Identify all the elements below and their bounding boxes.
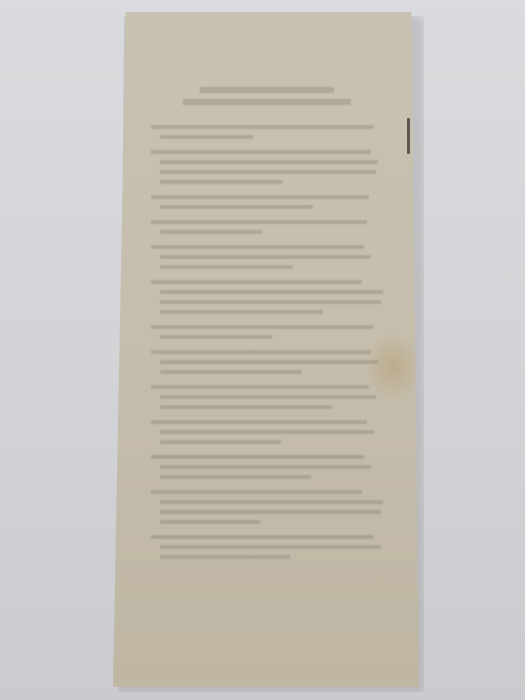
ghost-paragraph <box>151 325 383 339</box>
bleed-through-text <box>151 87 383 570</box>
ghost-paragraph <box>151 195 383 209</box>
ghost-paragraph <box>151 125 383 139</box>
ghost-heading-line <box>200 87 335 93</box>
pamphlet-page <box>113 12 419 687</box>
staple-edge-mark <box>407 118 410 154</box>
ghost-paragraph <box>151 535 383 559</box>
ghost-paragraph <box>151 245 383 269</box>
water-stain <box>363 332 423 402</box>
ghost-paragraph <box>151 220 383 234</box>
ghost-paragraph <box>151 150 383 184</box>
ghost-paragraph <box>151 420 383 444</box>
ghost-paragraph <box>151 490 383 524</box>
ghost-heading-line <box>183 99 350 105</box>
ghost-paragraph <box>151 350 383 374</box>
ghost-paragraph <box>151 385 383 409</box>
ghost-paragraph <box>151 455 383 479</box>
ghost-paragraph <box>151 280 383 314</box>
